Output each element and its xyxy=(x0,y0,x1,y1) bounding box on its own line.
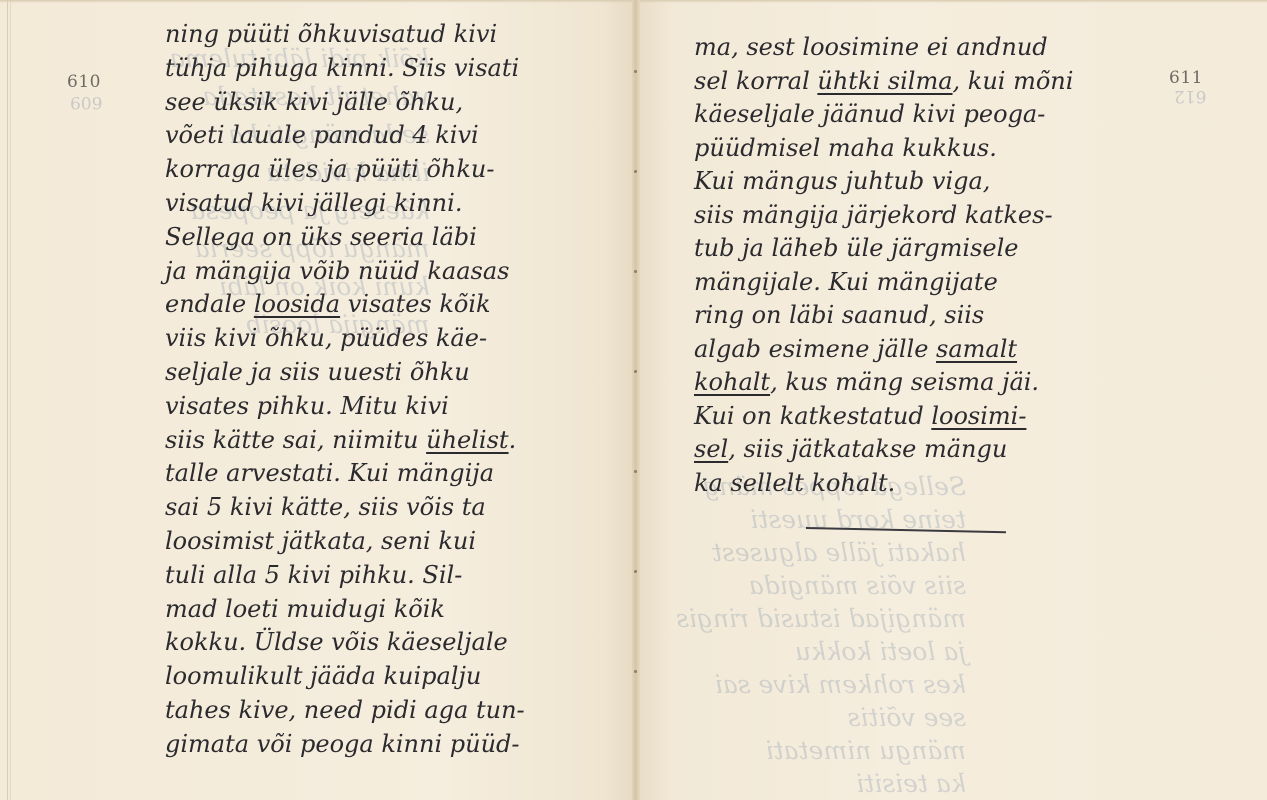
line-text: viis kivi õhku, püüdes käe- xyxy=(165,324,487,352)
underlined-word: sel xyxy=(694,435,728,463)
handwritten-line: püüdmisel maha kukkus. xyxy=(694,131,997,165)
left-page: kõik pidi läbi tulema vahetult kasutada … xyxy=(0,0,636,800)
underlined-word: ühtki silma xyxy=(817,67,952,95)
line-text: käeseljale jäänud kivi peoga- xyxy=(694,100,1045,128)
handwritten-line: see üksik kivi jälle õhku, xyxy=(165,85,463,119)
handwritten-line: kohalt, kus mäng seisma jäi. xyxy=(694,365,1039,399)
page-number: 610 xyxy=(67,72,101,92)
line-text: ring on läbi saanud, siis xyxy=(694,301,984,329)
binding-stitch xyxy=(634,470,637,473)
line-text: ma, sest loosimine ei andnud xyxy=(694,33,1048,61)
handwritten-line: seljale ja siis uuesti õhku xyxy=(165,355,470,389)
line-text: algab esimene jälle xyxy=(694,335,936,363)
handwritten-line: visatud kivi jällegi kinni. xyxy=(165,186,462,220)
line-text: ka sellelt kohalt. xyxy=(694,469,895,497)
underlined-word: kohalt xyxy=(694,368,770,396)
line-text: tub ja läheb üle järgmisele xyxy=(694,234,1019,262)
line-text: loosimist jätkata, seni kui xyxy=(165,527,476,555)
handwritten-line: kokku. Üldse võis käeseljale xyxy=(165,625,508,659)
handwritten-line: algab esimene jälle samalt xyxy=(694,332,1017,366)
line-text: ning püüti õhkuvisatud kivi xyxy=(165,20,497,48)
handwritten-line: võeti lauale pandud 4 kivi xyxy=(165,118,479,152)
handwritten-line: loosimist jätkata, seni kui xyxy=(165,524,476,558)
line-text: Kui mängus juhtub viga, xyxy=(694,167,990,195)
handwritten-line: talle arvestati. Kui mängija xyxy=(165,456,494,490)
bleed-through-text: Sellega lõppes mäng teine kord uuesti ha… xyxy=(676,470,966,800)
binding-stitch xyxy=(634,570,637,573)
line-text: kokku. Üldse võis käeseljale xyxy=(165,628,508,656)
binding-stitch xyxy=(634,70,637,73)
handwritten-line: gimata või peoga kinni püüd- xyxy=(165,727,520,761)
handwritten-line: Kui mängus juhtub viga, xyxy=(694,164,990,198)
binding-stitch xyxy=(634,170,637,173)
line-text: talle arvestati. Kui mängija xyxy=(165,459,494,487)
binding-stitch xyxy=(634,370,637,373)
line-text: võeti lauale pandud 4 kivi xyxy=(165,121,479,149)
line-text: Kui on katkestatud xyxy=(694,402,931,430)
handwritten-line: sel, siis jätkatakse mängu xyxy=(694,432,1007,466)
handwritten-line: tühja pihuga kinni. Siis visati xyxy=(165,51,519,85)
handwritten-line: ja mängija võib nüüd kaasas xyxy=(165,254,509,288)
page-top-edge xyxy=(636,0,1267,3)
line-text: mad loeti muidugi kõik xyxy=(165,595,445,623)
page-edge-line xyxy=(10,0,11,800)
handwritten-line: endale loosida visates kõik xyxy=(165,287,491,321)
line-text: tuli alla 5 kivi pihku. Sil- xyxy=(165,561,462,589)
line-text: , kui mõni xyxy=(953,67,1074,95)
handwritten-line: tahes kive, need pidi aga tun- xyxy=(165,693,525,727)
notebook-spread: kõik pidi läbi tulema vahetult kasutada … xyxy=(0,0,1267,800)
line-text: endale xyxy=(165,290,254,318)
underlined-word: loosimi- xyxy=(931,402,1026,430)
line-text: siis mängija järjekord katkes- xyxy=(694,201,1053,229)
handwritten-line: visates pihku. Mitu kivi xyxy=(165,389,449,423)
line-text: , siis jätkatakse mängu xyxy=(728,435,1007,463)
handwritten-line: loomulikult jääda kuipalju xyxy=(165,659,481,693)
line-text: Sellega on üks seeria läbi xyxy=(165,223,477,251)
handwritten-line: tuli alla 5 kivi pihku. Sil- xyxy=(165,558,462,592)
handwritten-line: mad loeti muidugi kõik xyxy=(165,592,445,626)
line-text: korraga üles ja püüti õhku- xyxy=(165,155,494,183)
underlined-word: samalt xyxy=(936,335,1017,363)
line-text: visatud kivi jällegi kinni. xyxy=(165,189,462,217)
underlined-word: loosida xyxy=(254,290,340,318)
handwritten-line: siis mängija järjekord katkes- xyxy=(694,198,1053,232)
ghost-page-number: 612 xyxy=(1174,86,1206,106)
handwritten-line: korraga üles ja püüti õhku- xyxy=(165,152,494,186)
line-text: seljale ja siis uuesti õhku xyxy=(165,358,470,386)
line-text: visates pihku. Mitu kivi xyxy=(165,392,449,420)
handwritten-line: Kui on katkestatud loosimi- xyxy=(694,399,1026,433)
line-text: siis kätte sai, niimitu xyxy=(165,426,426,454)
line-text: loomulikult jääda kuipalju xyxy=(165,662,481,690)
line-text: sai 5 kivi kätte, siis võis ta xyxy=(165,493,486,521)
handwritten-line: ma, sest loosimine ei andnud xyxy=(694,30,1048,64)
line-text: püüdmisel maha kukkus. xyxy=(694,134,997,162)
handwritten-line: ning püüti õhkuvisatud kivi xyxy=(165,17,497,51)
book-gutter xyxy=(632,0,640,800)
line-text: mängijale. Kui mängijate xyxy=(694,268,998,296)
right-page: Sellega lõppes mäng teine kord uuesti ha… xyxy=(636,0,1267,800)
underlined-word: ühelist xyxy=(426,426,508,454)
handwritten-line: mängijale. Kui mängijate xyxy=(694,265,998,299)
line-text: , kus mäng seisma jäi. xyxy=(770,368,1039,396)
binding-stitch xyxy=(634,670,637,673)
ghost-page-number: 609 xyxy=(70,92,102,112)
line-text: . xyxy=(509,426,517,454)
line-text: gimata või peoga kinni püüd- xyxy=(165,730,520,758)
handwritten-line: ring on läbi saanud, siis xyxy=(694,298,984,332)
handwritten-line: siis kätte sai, niimitu ühelist. xyxy=(165,423,516,457)
page-number: 611 xyxy=(1169,68,1203,88)
line-text: sel korral xyxy=(694,67,817,95)
handwritten-line: ka sellelt kohalt. xyxy=(694,466,895,500)
handwritten-line: sel korral ühtki silma, kui mõni xyxy=(694,64,1073,98)
handwritten-line: tub ja läheb üle järgmisele xyxy=(694,231,1019,265)
handwritten-line: käeseljale jäänud kivi peoga- xyxy=(694,97,1045,131)
handwritten-line: viis kivi õhku, püüdes käe- xyxy=(165,321,487,355)
line-text: see üksik kivi jälle õhku, xyxy=(165,88,463,116)
line-text: ja mängija võib nüüd kaasas xyxy=(165,257,509,285)
handwritten-line: sai 5 kivi kätte, siis võis ta xyxy=(165,490,486,524)
page-top-edge xyxy=(0,0,636,3)
page-edge-line xyxy=(7,0,8,800)
binding-stitch xyxy=(634,270,637,273)
line-text: visates kõik xyxy=(340,290,491,318)
line-text: tühja pihuga kinni. Siis visati xyxy=(165,54,519,82)
handwritten-line: Sellega on üks seeria läbi xyxy=(165,220,477,254)
line-text: tahes kive, need pidi aga tun- xyxy=(165,696,525,724)
